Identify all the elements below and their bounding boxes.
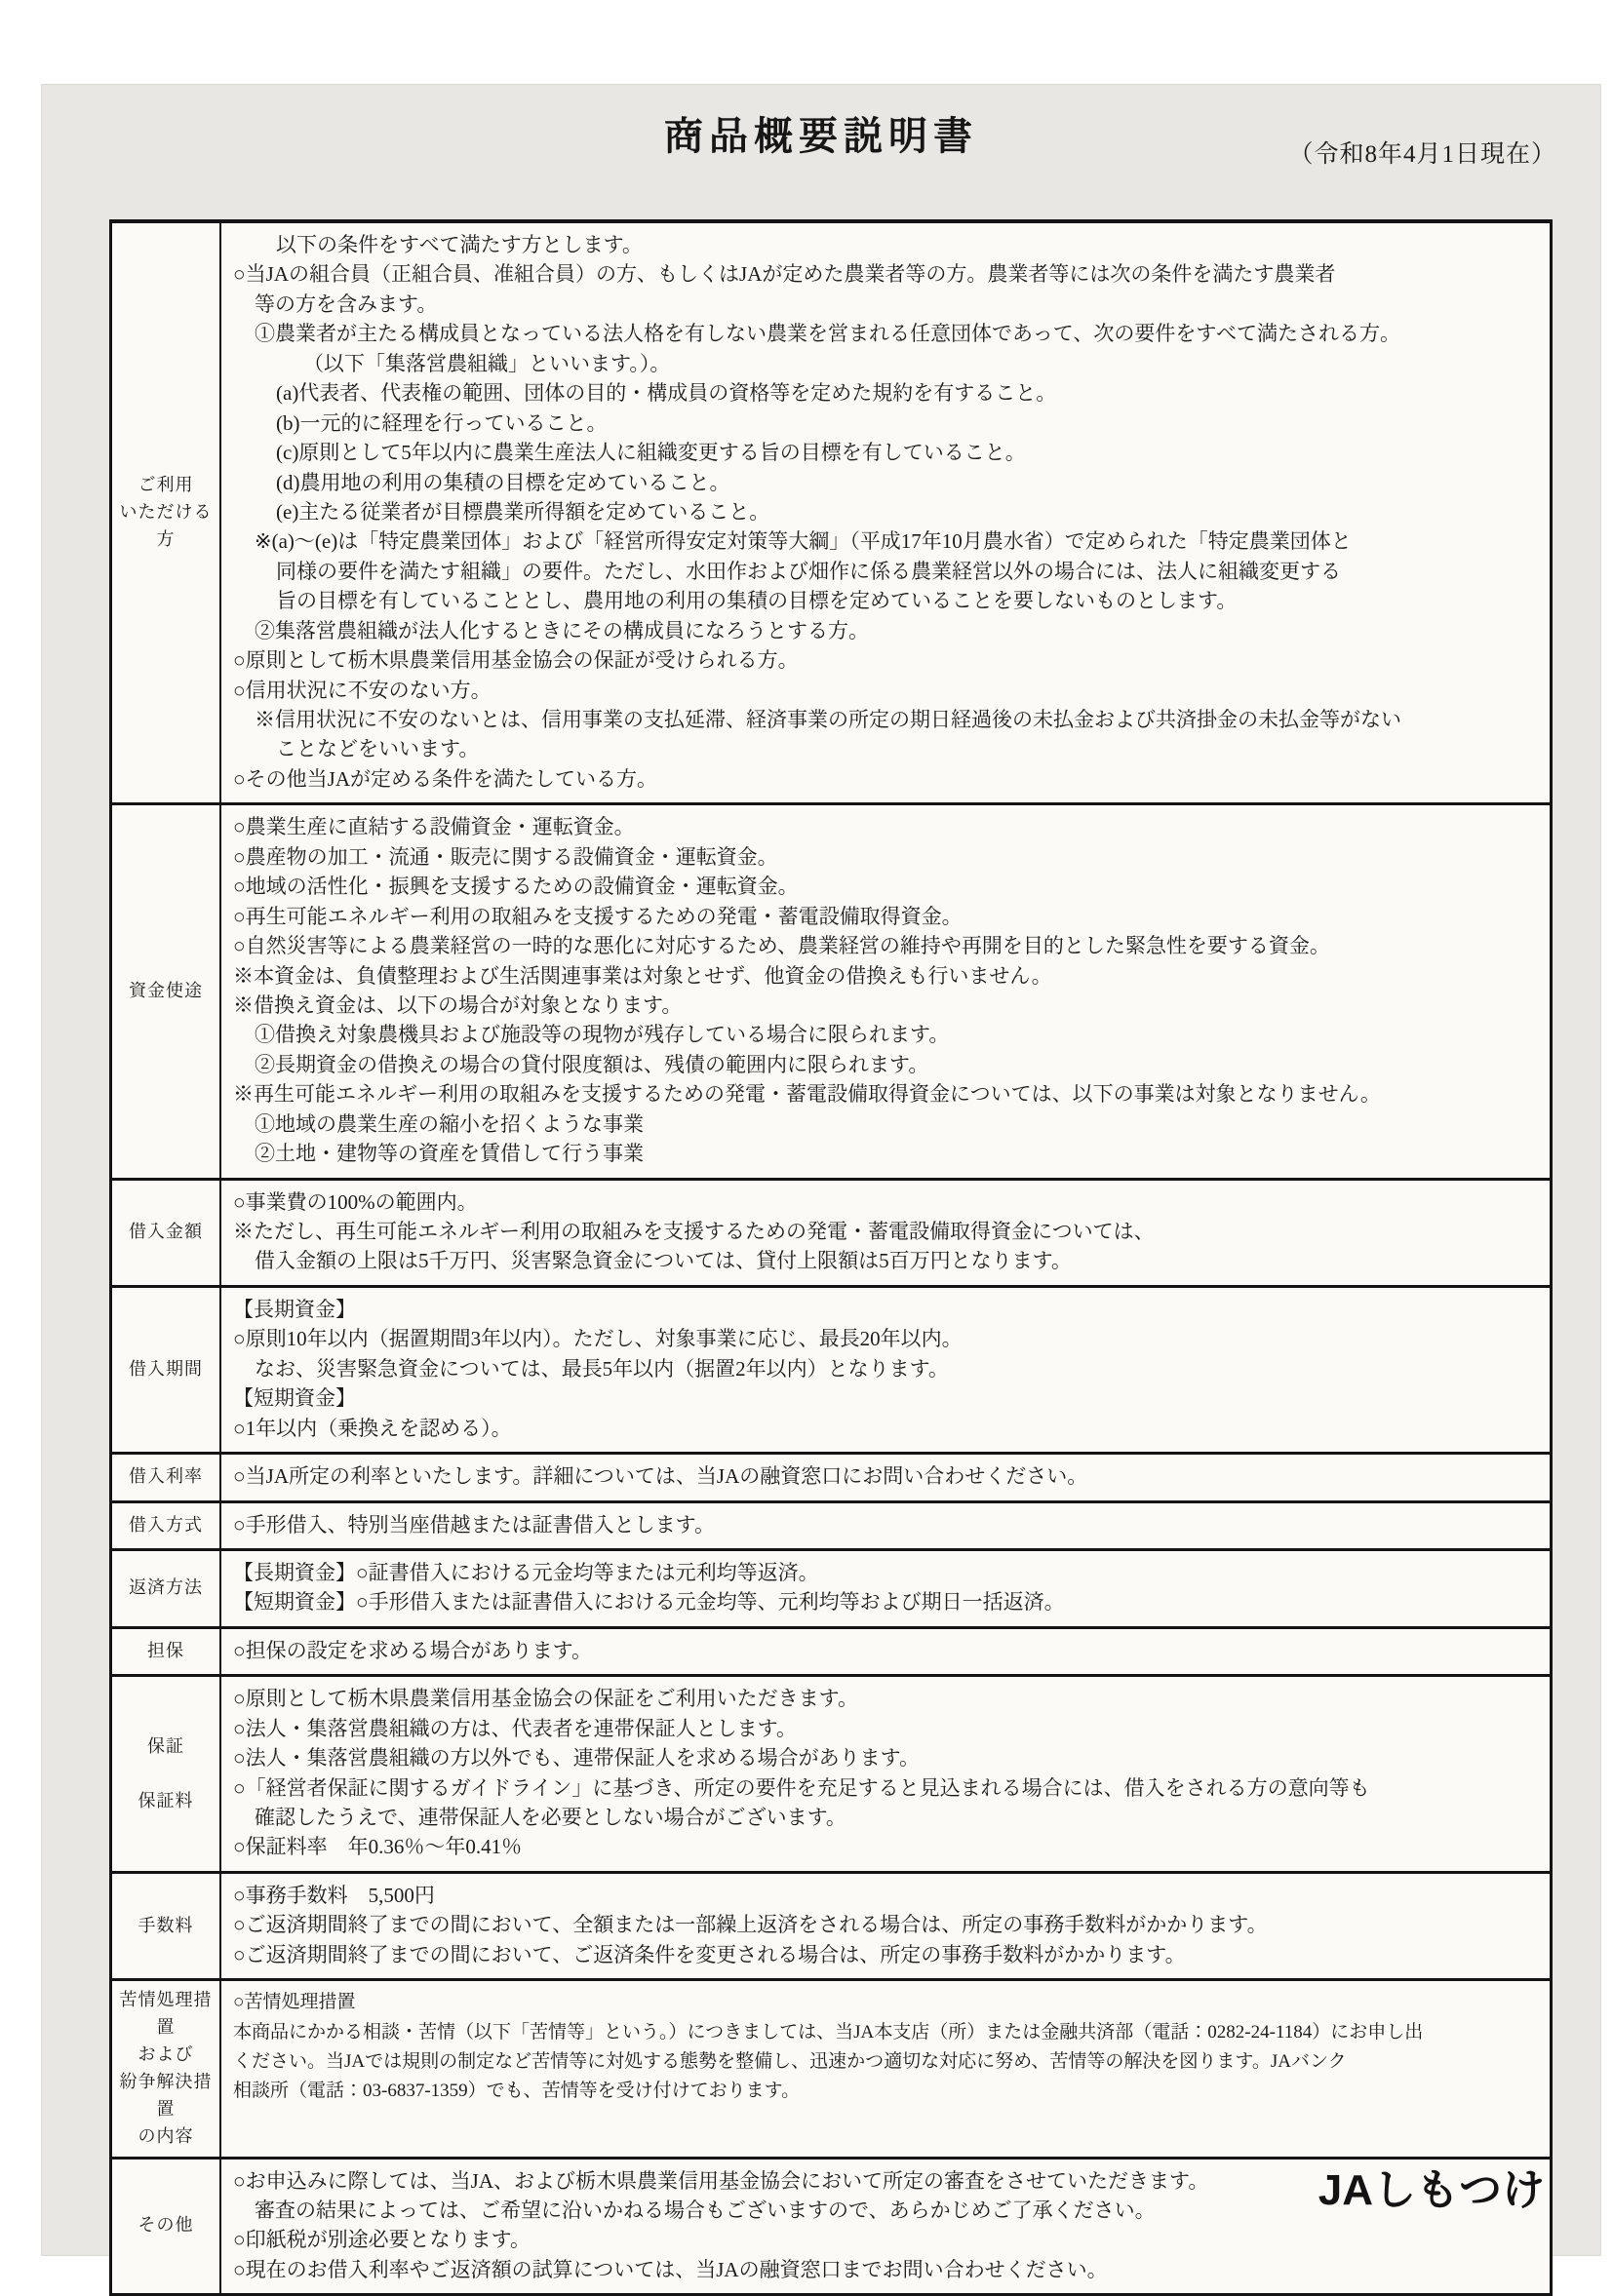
table-row: 返済方法 【長期資金】○証書借入における元金均等または元利均等返済。【短期資金】… bbox=[112, 1548, 1550, 1626]
text-line: 等の方を含みます。 bbox=[233, 290, 1542, 319]
row-label: 保証 保証料 bbox=[112, 1677, 221, 1871]
text-line: ことなどをいいます。 bbox=[233, 734, 1542, 763]
row-label: 資金使途 bbox=[112, 805, 221, 1177]
row-content: 以下の条件をすべて満たす方とします。○当JAの組合員（正組合員、准組合員）の方、… bbox=[221, 223, 1550, 802]
row-label-line: その他 bbox=[138, 2212, 194, 2239]
text-line: ※信用状況に不安のないとは、信用事業の支払延滞、経済事業の所定の期日経過後の未払… bbox=[233, 705, 1542, 734]
text-line: ○保証料率 年0.36％～年0.41％ bbox=[233, 1832, 1542, 1861]
text-line: 【短期資金】○手形借入または証書借入における元金均等、元利均等および期日一括返済… bbox=[233, 1587, 1542, 1616]
row-content: ○苦情処理措置本商品にかかる相談・苦情（以下「苦情等」という。）につきましては、… bbox=[221, 1981, 1550, 2156]
text-line: ※本資金は、負債整理および生活関連事業は対象とせず、他資金の借換えも行いません。 bbox=[233, 961, 1542, 991]
product-table: ご利用いただける方 以下の条件をすべて満たす方とします。○当JAの組合員（正組合… bbox=[109, 219, 1553, 2296]
row-label-line: 借入金額 bbox=[129, 1219, 203, 1246]
row-label-line: 手数料 bbox=[138, 1913, 194, 1940]
row-label-line: 紛争解決措置 bbox=[113, 2069, 218, 2123]
row-content: ○事業費の100%の範囲内。※ただし、再生可能エネルギー利用の取組みを支援するた… bbox=[221, 1181, 1550, 1285]
text-line: 旨の目標を有していることとし、農用地の利用の集積の目標を定めていることを要しない… bbox=[233, 586, 1542, 615]
text-line: (e)主たる従業者が目標農業所得額を定めていること。 bbox=[233, 497, 1542, 526]
row-label-line bbox=[163, 1761, 169, 1788]
row-label: ご利用いただける方 bbox=[112, 223, 221, 802]
row-content: ○原則として栃木県農業信用基金協会の保証をご利用いただきます。○法人・集落営農組… bbox=[221, 1677, 1550, 1871]
row-label: 借入利率 bbox=[112, 1455, 221, 1499]
table-row: 手数料 ○事務手数料 5,500円○ご返済期間終了までの間において、全額または一… bbox=[112, 1871, 1550, 1978]
table-row: 資金使途 ○農業生産に直結する設備資金・運転資金。○農産物の加工・流通・販売に関… bbox=[112, 802, 1550, 1177]
text-line: ○当JAの組合員（正組合員、准組合員）の方、もしくはJAが定めた農業者等の方。農… bbox=[233, 259, 1542, 289]
row-content: ○農業生産に直結する設備資金・運転資金。○農産物の加工・流通・販売に関する設備資… bbox=[221, 805, 1550, 1177]
text-line: 借入金額の上限は5千万円、災害緊急資金については、貸付上限額は5百万円となります… bbox=[233, 1246, 1542, 1275]
text-line: ○信用状況に不安のない方。 bbox=[233, 676, 1542, 705]
text-line: ○苦情処理措置 bbox=[233, 1988, 1542, 2017]
text-line: ①借換え対象農機具および施設等の現物が残存している場合に限られます。 bbox=[233, 1020, 1542, 1049]
row-content: ○手形借入、特別当座借越または証書借入とします。 bbox=[221, 1503, 1550, 1548]
text-line: (c)原則として5年以内に農業生産法人に組織変更する旨の目標を有していること。 bbox=[233, 438, 1542, 467]
row-label-line: 借入期間 bbox=[129, 1356, 203, 1383]
row-label-line: および bbox=[138, 2042, 194, 2069]
row-content: ○当JA所定の利率といたします。詳細については、当JAの融資窓口にお問い合わせく… bbox=[221, 1455, 1550, 1499]
row-label-line: ご利用 bbox=[138, 472, 194, 499]
row-content: ○担保の設定を求める場合があります。 bbox=[221, 1629, 1550, 1674]
text-line: ②土地・建物等の資産を賃借して行う事業 bbox=[233, 1139, 1542, 1168]
text-line: (b)一元的に経理を行っていること。 bbox=[233, 409, 1542, 438]
text-line: ○当JA所定の利率といたします。詳細については、当JAの融資窓口にお問い合わせく… bbox=[233, 1461, 1542, 1491]
row-label-line: 借入利率 bbox=[129, 1463, 203, 1491]
text-line: ○事業費の100%の範囲内。 bbox=[233, 1187, 1542, 1217]
text-line: （以下「集落営農組織」といいます。）。 bbox=[233, 349, 1542, 378]
row-label-line: 保証 bbox=[147, 1733, 184, 1761]
text-line: ○農業生産に直結する設備資金・運転資金。 bbox=[233, 812, 1542, 841]
row-label-line: 返済方法 bbox=[129, 1575, 203, 1602]
text-line: 確認したうえで、連帯保証人を必要としない場合がございます。 bbox=[233, 1803, 1542, 1832]
text-line: ○「経営者保証に関するガイドライン」に基づき、所定の要件を充足すると見込まれる場… bbox=[233, 1773, 1542, 1803]
text-line: 【短期資金】 bbox=[233, 1383, 1542, 1413]
row-label: 借入金額 bbox=[112, 1181, 221, 1285]
text-line: ①農業者が主たる構成員となっている法人格を有しない農業を営まれる任意団体であって… bbox=[233, 319, 1542, 348]
text-line: 以下の条件をすべて満たす方とします。 bbox=[233, 230, 1542, 259]
row-label-line: 保証料 bbox=[138, 1788, 194, 1815]
text-line: ○事務手数料 5,500円 bbox=[233, 1881, 1542, 1910]
table-row: 借入方式 ○手形借入、特別当座借越または証書借入とします。 bbox=[112, 1500, 1550, 1548]
row-label: 苦情処理措置および紛争解決措置の内容 bbox=[112, 1981, 221, 2156]
row-label: その他 bbox=[112, 2160, 221, 2294]
text-line: ○原則として栃木県農業信用基金協会の保証をご利用いただきます。 bbox=[233, 1684, 1542, 1713]
text-line: ②長期資金の借換えの場合の貸付限度額は、残債の範囲内に限られます。 bbox=[233, 1050, 1542, 1079]
text-line: ○法人・集落営農組織の方以外でも、連帯保証人を求める場合があります。 bbox=[233, 1743, 1542, 1772]
text-line: ○担保の設定を求める場合があります。 bbox=[233, 1636, 1542, 1665]
text-line: (d)農用地の利用の集積の目標を定めていること。 bbox=[233, 468, 1542, 497]
text-line: ○その他当JAが定める条件を満たしている方。 bbox=[233, 764, 1542, 794]
text-line: ○手形借入、特別当座借越または証書借入とします。 bbox=[233, 1510, 1542, 1539]
scanned-page: 商品概要説明書 （令和8年4月1日現在） ご利用いただける方 以下の条件をすべて… bbox=[41, 84, 1601, 2256]
text-line: ○自然災害等による農業経営の一時的な悪化に対応するため、農業経営の維持や再開を目… bbox=[233, 931, 1542, 960]
text-line: ください。当JAでは規則の制定など苦情等に対処する態勢を整備し、迅速かつ適切な対… bbox=[233, 2047, 1542, 2077]
text-line: ○現在のお借入利率やご返済額の試算については、当JAの融資窓口までお問い合わせく… bbox=[233, 2255, 1542, 2284]
text-line: ○1年以内（乗換えを認める）。 bbox=[233, 1414, 1542, 1443]
row-label-line: 苦情処理措置 bbox=[113, 1987, 218, 2042]
row-content: 【長期資金】○原則10年以内（据置期間3年以内）。ただし、対象事業に応じ、最長2… bbox=[221, 1288, 1550, 1452]
row-label-line: 借入方式 bbox=[129, 1512, 203, 1539]
text-line: 相談所（電話：03-6837-1359）でも、苦情等を受け付けております。 bbox=[233, 2077, 1542, 2106]
text-line: ○再生可能エネルギー利用の取組みを支援するための発電・蓄電設備取得資金。 bbox=[233, 902, 1542, 931]
text-line: (a)代表者、代表権の範囲、団体の目的・構成員の資格等を定めた規約を有すること。 bbox=[233, 378, 1542, 408]
row-label-line: いただける方 bbox=[113, 499, 218, 554]
row-label: 手数料 bbox=[112, 1874, 221, 1978]
row-label: 借入期間 bbox=[112, 1288, 221, 1452]
text-line: ①地域の農業生産の縮小を招くような事業 bbox=[233, 1109, 1542, 1139]
text-line: 本商品にかかる相談・苦情（以下「苦情等」という。）につきましては、当JA本支店（… bbox=[233, 2018, 1542, 2047]
row-label-line: の内容 bbox=[138, 2123, 194, 2151]
table-row: 借入利率 ○当JA所定の利率といたします。詳細については、当JAの融資窓口にお問… bbox=[112, 1452, 1550, 1499]
row-content: ○事務手数料 5,500円○ご返済期間終了までの間において、全額または一部繰上返… bbox=[221, 1874, 1550, 1978]
text-line: ○ご返済期間終了までの間において、ご返済条件を変更される場合は、所定の事務手数料… bbox=[233, 1940, 1542, 1969]
text-line: 同様の要件を満たす組織」の要件。ただし、水田作および畑作に係る農業経営以外の場合… bbox=[233, 557, 1542, 586]
text-line: ○法人・集落営農組織の方は、代表者を連帯保証人とします。 bbox=[233, 1714, 1542, 1743]
text-line: ○農産物の加工・流通・販売に関する設備資金・運転資金。 bbox=[233, 842, 1542, 872]
text-line: ○原則10年以内（据置期間3年以内）。ただし、対象事業に応じ、最長20年以内。 bbox=[233, 1324, 1542, 1353]
bank-name: JAしもつけ bbox=[1318, 2155, 1545, 2217]
row-label: 返済方法 bbox=[112, 1551, 221, 1626]
table-row: 苦情処理措置および紛争解決措置の内容 ○苦情処理措置本商品にかかる相談・苦情（以… bbox=[112, 1978, 1550, 2156]
row-content: 【長期資金】○証書借入における元金均等または元利均等返済。【短期資金】○手形借入… bbox=[221, 1551, 1550, 1626]
text-line: ※再生可能エネルギー利用の取組みを支援するための発電・蓄電設備取得資金については… bbox=[233, 1079, 1542, 1109]
text-line: ※ただし、再生可能エネルギー利用の取組みを支援するための発電・蓄電設備取得資金に… bbox=[233, 1217, 1542, 1246]
text-line: ○地域の活性化・振興を支援するための設備資金・運転資金。 bbox=[233, 872, 1542, 901]
text-line: 【長期資金】 bbox=[233, 1295, 1542, 1324]
row-label: 担保 bbox=[112, 1629, 221, 1674]
row-label: 借入方式 bbox=[112, 1503, 221, 1548]
text-line: ※借換え資金は、以下の場合が対象となります。 bbox=[233, 991, 1542, 1020]
text-line: ○印紙税が別途必要となります。 bbox=[233, 2225, 1542, 2254]
document-date: （令和8年4月1日現在） bbox=[1288, 135, 1556, 170]
text-line: ○ご返済期間終了までの間において、全額または一部繰上返済をされる場合は、所定の事… bbox=[233, 1910, 1542, 1939]
text-line: なお、災害緊急資金については、最長5年以内（据置2年以内）となります。 bbox=[233, 1354, 1542, 1383]
text-line: ○原則として栃木県農業信用基金協会の保証が受けられる方。 bbox=[233, 645, 1542, 675]
table-row: 保証 保証料 ○原則として栃木県農業信用基金協会の保証をご利用いただきます。○法… bbox=[112, 1674, 1550, 1871]
row-label-line: 担保 bbox=[147, 1638, 184, 1665]
text-line: 【長期資金】○証書借入における元金均等または元利均等返済。 bbox=[233, 1558, 1542, 1587]
table-row: ご利用いただける方 以下の条件をすべて満たす方とします。○当JAの組合員（正組合… bbox=[112, 223, 1550, 802]
text-line: ※(a)～(e)は「特定農業団体」および「経営所得安定対策等大綱」（平成17年1… bbox=[233, 526, 1542, 556]
table-row: 担保 ○担保の設定を求める場合があります。 bbox=[112, 1626, 1550, 1674]
text-line: ②集落営農組織が法人化するときにその構成員になろうとする方。 bbox=[233, 616, 1542, 645]
table-row: 借入金額 ○事業費の100%の範囲内。※ただし、再生可能エネルギー利用の取組みを… bbox=[112, 1178, 1550, 1285]
table-row: 借入期間 【長期資金】○原則10年以内（据置期間3年以内）。ただし、対象事業に応… bbox=[112, 1285, 1550, 1452]
row-label-line: 資金使途 bbox=[129, 978, 203, 1005]
